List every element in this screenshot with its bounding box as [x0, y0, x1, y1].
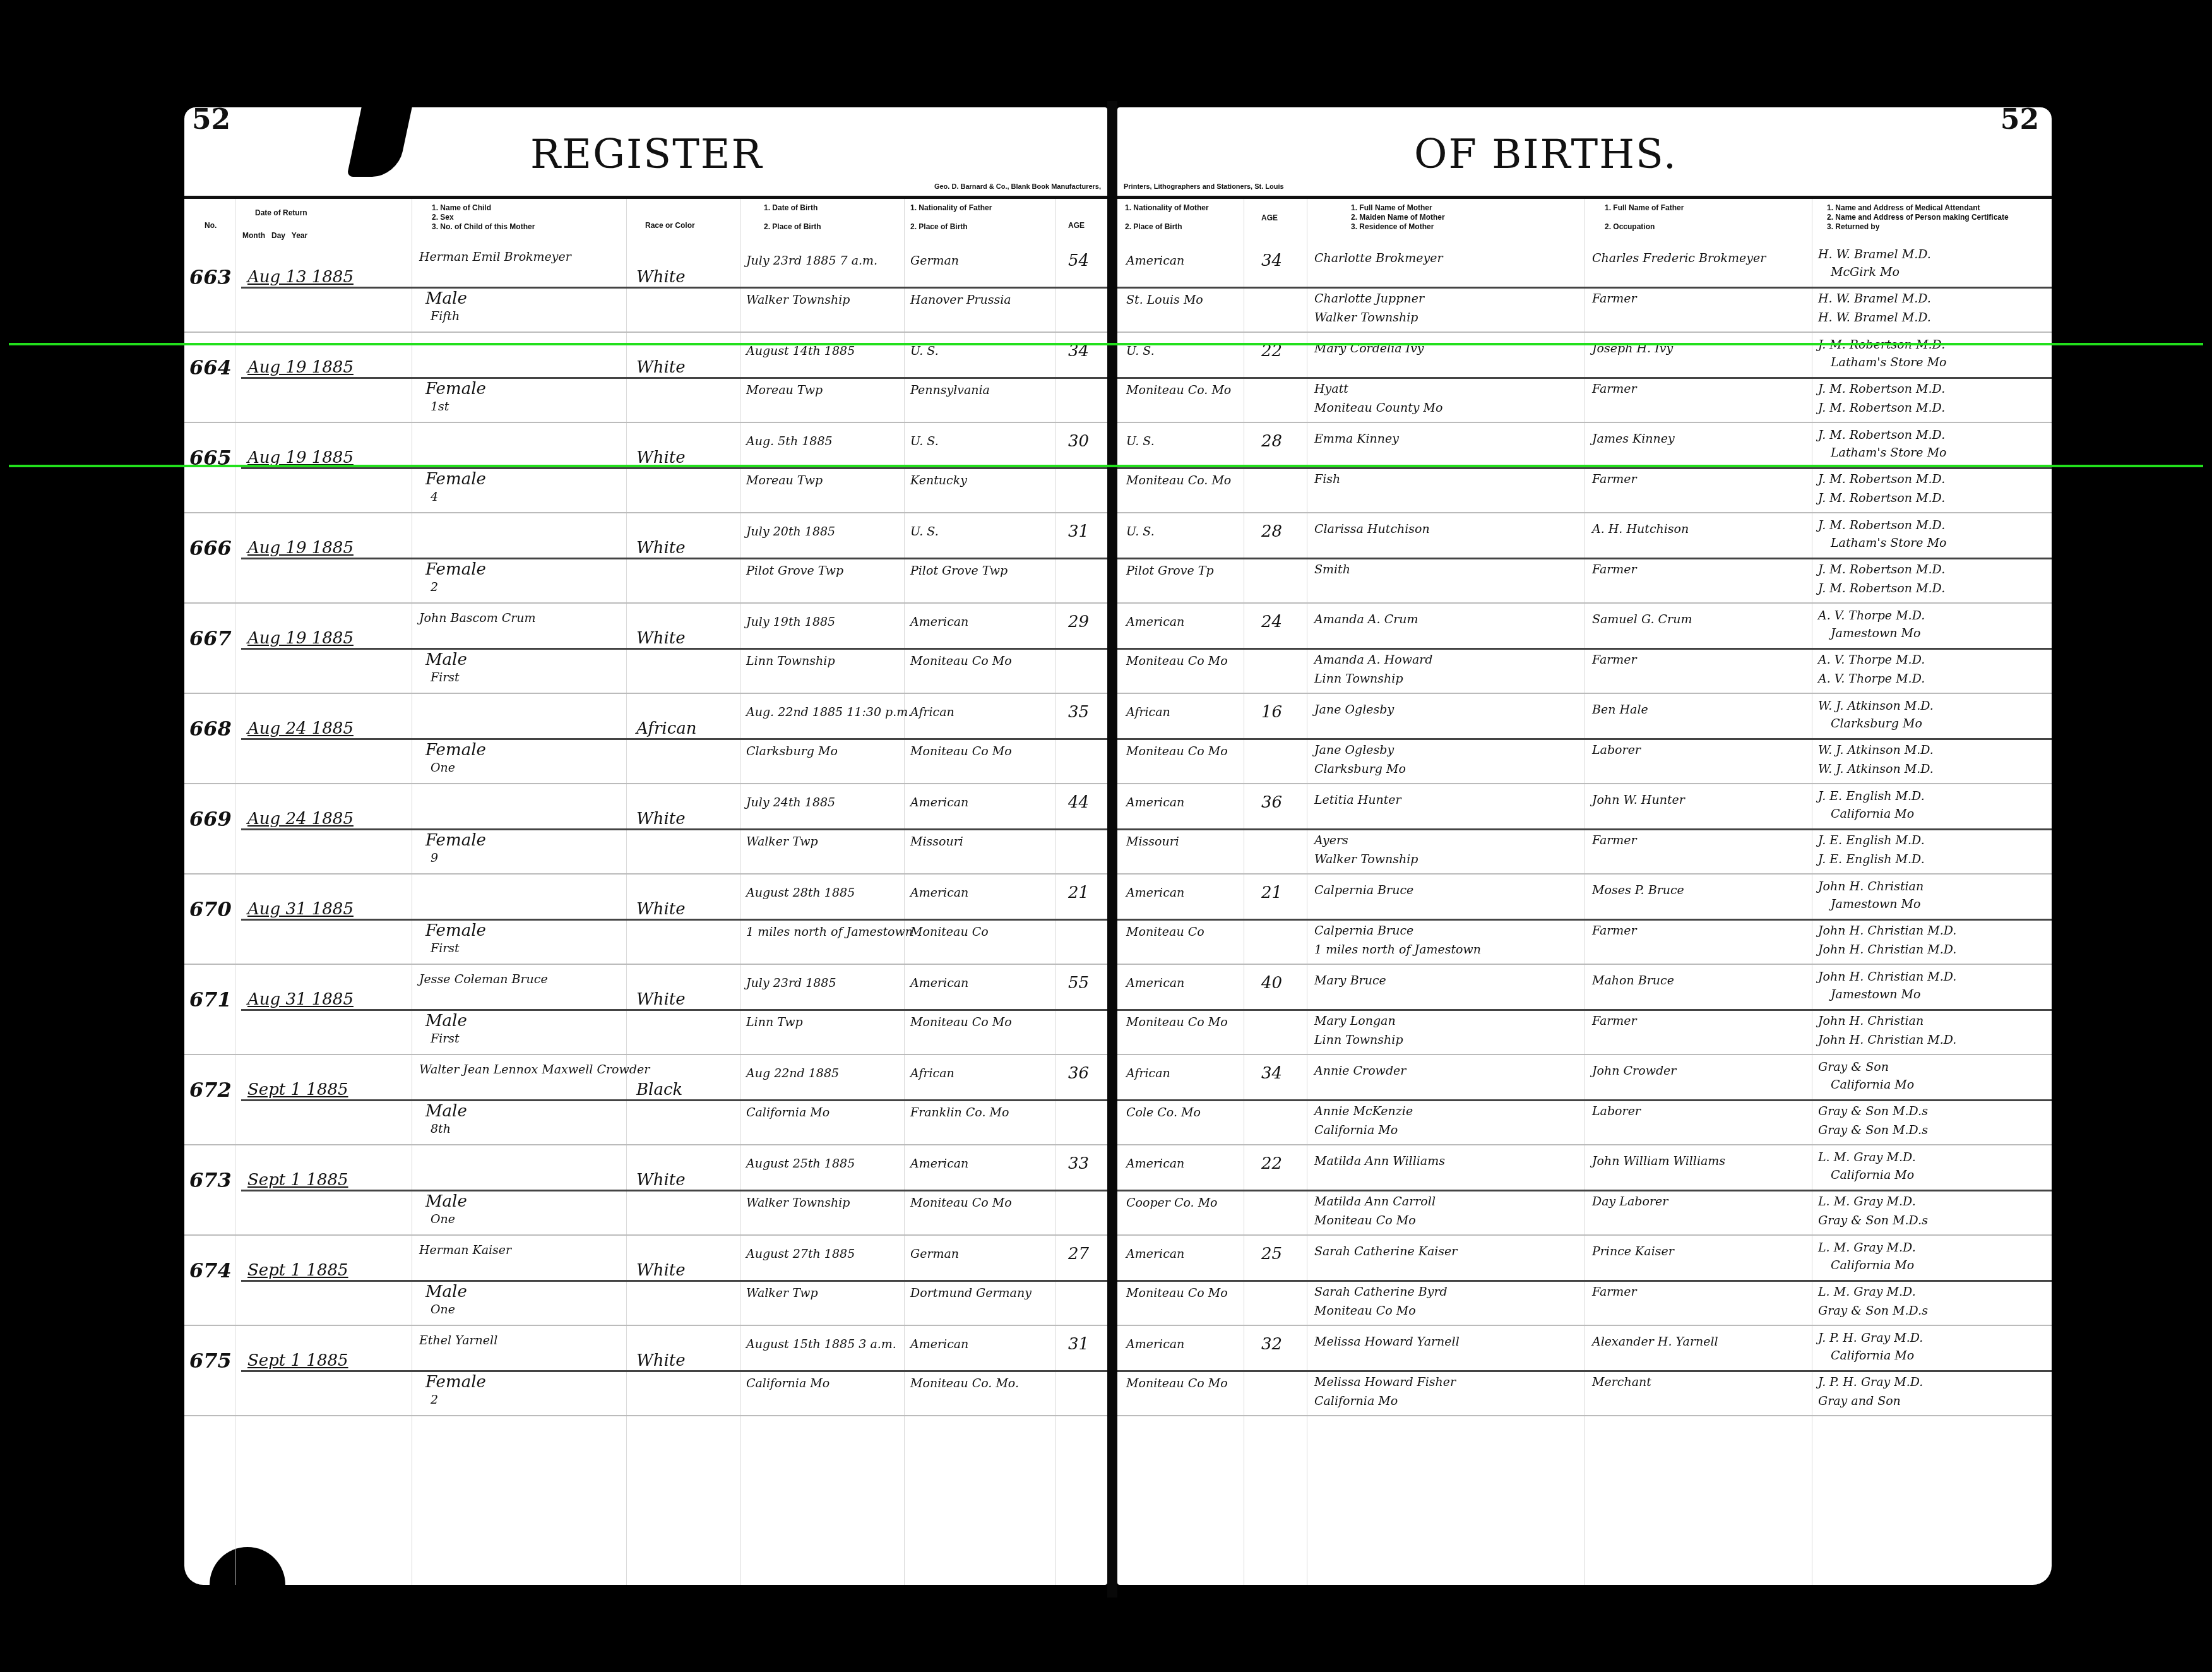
page-number-left: 52	[192, 104, 230, 136]
mother-residence: Linn Township	[1314, 672, 1403, 686]
mother-birthplace: Moniteau Co Mo	[1126, 1376, 1228, 1390]
certifier: John H. Christian	[1818, 1014, 1924, 1028]
row-divider	[241, 1280, 1107, 1282]
birth-place: Linn Twp	[746, 1015, 803, 1029]
returned-by: Gray & Son M.D.s	[1818, 1123, 1928, 1137]
mother-nationality: American	[1126, 886, 1184, 900]
row-divider	[241, 287, 1107, 289]
mother-residence: California Mo	[1314, 1123, 1398, 1137]
mother-name: Emma Kinney	[1314, 432, 1399, 446]
mother-residence: Moniteau County Mo	[1314, 401, 1442, 415]
father-occupation: Farmer	[1592, 833, 1637, 847]
returned-by: W. J. Atkinson M.D.	[1818, 762, 1934, 776]
child-order: 4	[431, 490, 438, 504]
birth-date: July 23rd 1885 7 a.m.	[746, 254, 877, 268]
row-divider	[241, 377, 1107, 379]
returned-by: J. M. Robertson M.D.	[1818, 401, 1945, 415]
mother-nationality: American	[1126, 976, 1184, 990]
col-mother-nationality: 1. Nationality of Mother 2. Place of Bir…	[1125, 203, 1209, 232]
row-divider	[1117, 648, 2052, 650]
table-row: AmericanMoniteau Co Mo25Sarah Catherine …	[1117, 1236, 2052, 1326]
return-date: Aug 24 1885	[247, 809, 354, 828]
table-row: 673Sept 1 1885MaleOneWhiteAugust 25th 18…	[184, 1145, 1107, 1236]
birth-place: California Mo	[746, 1106, 829, 1120]
father-nationality: American	[910, 1157, 968, 1171]
race: White	[636, 539, 686, 558]
father-occupation: Farmer	[1592, 1014, 1637, 1028]
father-occupation: Farmer	[1592, 382, 1637, 396]
mother-name: Clarissa Hutchison	[1314, 522, 1430, 536]
birth-date: August 25th 1885	[746, 1157, 855, 1171]
father-age: 36	[1068, 1064, 1089, 1083]
table-row: AmericanSt. Louis Mo34Charlotte Brokmeye…	[1117, 242, 2052, 333]
mother-age: 34	[1261, 251, 1282, 270]
attendant-address: Latham's Store Mo	[1831, 355, 1947, 369]
selection-guide-line-top	[9, 343, 2203, 345]
father-nationality: African	[910, 705, 954, 719]
father-birthplace: Moniteau Co Mo	[910, 654, 1012, 668]
mother-nationality: African	[1126, 1066, 1170, 1080]
mother-nationality: U. S.	[1126, 525, 1155, 539]
table-row: AmericanMoniteau Co Mo32Melissa Howard Y…	[1117, 1326, 2052, 1416]
header-rule	[184, 196, 1107, 199]
imprint-left: Geo. D. Barnard & Co., Blank Book Manufa…	[934, 183, 1101, 191]
father-birthplace: Dortmund Germany	[910, 1286, 1032, 1300]
certifier: J. E. English M.D.	[1818, 833, 1925, 847]
mother-birthplace: Moniteau Co. Mo	[1126, 383, 1231, 397]
mother-nationality: American	[1126, 254, 1184, 268]
col-race: Race or Color	[645, 221, 695, 230]
row-divider	[1117, 558, 2052, 559]
birth-place: Walker Township	[746, 1196, 850, 1210]
child-sex: Female	[425, 470, 486, 489]
entry-number: 671	[189, 988, 232, 1012]
attendant-address: Latham's Store Mo	[1831, 536, 1947, 550]
mother-maiden-name: Jane Oglesby	[1314, 743, 1394, 757]
mother-name: Letitia Hunter	[1314, 793, 1401, 807]
mother-age: 28	[1261, 432, 1282, 451]
child-sex: Male	[425, 1282, 467, 1301]
mother-name: Matilda Ann Williams	[1314, 1154, 1445, 1168]
father-name: Moses P. Bruce	[1592, 883, 1684, 897]
col-no: No.	[205, 221, 217, 230]
father-birthplace: Moniteau Co Mo	[910, 1196, 1012, 1210]
medical-attendant: H. W. Bramel M.D.	[1818, 248, 1931, 261]
col-mother-age: AGE	[1261, 213, 1278, 223]
child-order: 2	[431, 580, 438, 594]
attendant-address: California Mo	[1831, 807, 1914, 821]
mother-maiden-name: Mary Longan	[1314, 1014, 1396, 1028]
medical-attendant: A. V. Thorpe M.D.	[1818, 609, 1925, 623]
mother-residence: Moniteau Co Mo	[1314, 1304, 1416, 1318]
mother-birthplace: Missouri	[1126, 835, 1179, 849]
father-nationality: American	[910, 1337, 968, 1351]
entry-number: 673	[189, 1168, 232, 1192]
father-nationality: German	[910, 254, 959, 268]
child-sex: Male	[425, 1012, 467, 1030]
col-birth: 1. Date of Birth 2. Place of Birth	[764, 203, 821, 232]
father-birthplace: Pilot Grove Twp	[910, 564, 1008, 578]
col-mother: 1. Full Name of Mother 2. Maiden Name of…	[1351, 203, 1445, 232]
certifier: A. V. Thorpe M.D.	[1818, 653, 1925, 667]
row-divider	[241, 467, 1107, 469]
table-row: AmericanMoniteau Co Mo40Mary BruceMary L…	[1117, 965, 2052, 1055]
table-row: 666Aug 19 1885Female2WhiteJuly 20th 1885…	[184, 513, 1107, 604]
mother-age: 32	[1261, 1335, 1282, 1354]
father-birthplace: Franklin Co. Mo	[910, 1106, 1009, 1120]
mother-age: 16	[1261, 703, 1282, 722]
father-nationality: American	[910, 976, 968, 990]
row-divider	[241, 1099, 1107, 1101]
returned-by: J. M. Robertson M.D.	[1818, 582, 1945, 595]
entry-number: 664	[189, 355, 232, 379]
birth-place: Clarksburg Mo	[746, 744, 838, 758]
certifier: Gray & Son M.D.s	[1818, 1104, 1928, 1118]
birth-date: July 24th 1885	[746, 796, 835, 809]
child-order: One	[431, 1212, 455, 1226]
mother-birthplace: Moniteau Co Mo	[1126, 744, 1228, 758]
father-name: Ben Hale	[1592, 703, 1648, 717]
child-order: One	[431, 1303, 455, 1317]
row-divider	[241, 738, 1107, 740]
father-nationality: U. S.	[910, 525, 939, 539]
mother-birthplace: Moniteau Co	[1126, 925, 1204, 939]
father-nationality: American	[910, 615, 968, 629]
return-date: Aug 31 1885	[247, 990, 354, 1009]
col-age: AGE	[1068, 221, 1085, 230]
father-birthplace: Moniteau Co Mo	[910, 1015, 1012, 1029]
mother-nationality: African	[1126, 705, 1170, 719]
table-row: AmericanMissouri36Letitia HunterAyersWal…	[1117, 784, 2052, 875]
child-name: John Bascom Crum	[419, 611, 536, 625]
row-divider	[1117, 1280, 2052, 1282]
table-row: U. S.Moniteau Co. Mo22Mary Cordelia IvyH…	[1117, 333, 2052, 423]
birth-place: Moreau Twp	[746, 474, 823, 487]
row-divider	[1117, 377, 2052, 379]
mother-name: Amanda A. Crum	[1314, 612, 1418, 626]
mother-maiden-name: Charlotte Juppner	[1314, 292, 1424, 306]
child-order: 8th	[431, 1122, 451, 1136]
birth-place: Walker Twp	[746, 1286, 818, 1300]
entry-number: 675	[189, 1349, 232, 1373]
child-order: First	[431, 671, 460, 684]
row-divider	[241, 1190, 1107, 1191]
row-divider	[241, 828, 1107, 830]
table-row: 672Sept 1 1885Walter Jean Lennox Maxwell…	[184, 1055, 1107, 1145]
father-name: Samuel G. Crum	[1592, 612, 1692, 626]
mother-residence: 1 miles north of Jamestown	[1314, 943, 1481, 957]
medical-attendant: L. M. Gray M.D.	[1818, 1150, 1916, 1164]
child-order: Fifth	[431, 309, 460, 323]
birth-date: August 28th 1885	[746, 886, 855, 900]
mother-name: Calpernia Bruce	[1314, 883, 1413, 897]
mother-birthplace: Moniteau Co Mo	[1126, 1015, 1228, 1029]
child-name: Walter Jean Lennox Maxwell Crowder	[419, 1063, 650, 1077]
child-order: One	[431, 761, 455, 775]
race: White	[636, 268, 686, 287]
selection-guide-line-bottom	[9, 465, 2203, 467]
table-row: AmericanMoniteau Co21Calpernia BruceCalp…	[1117, 875, 2052, 965]
table-row: 669Aug 24 1885Female9WhiteJuly 24th 1885…	[184, 784, 1107, 875]
row-divider	[241, 648, 1107, 650]
father-name: A. H. Hutchison	[1592, 522, 1689, 536]
attendant-address: Jamestown Mo	[1831, 988, 1920, 1001]
child-order: First	[431, 941, 460, 955]
certifier: J. M. Robertson M.D.	[1818, 563, 1945, 576]
mother-maiden-name: Smith	[1314, 563, 1350, 576]
race: White	[636, 809, 686, 828]
certifier: L. M. Gray M.D.	[1818, 1195, 1916, 1209]
col-date-of-return: Date of Return	[255, 208, 307, 218]
torn-corner-bottom	[210, 1547, 285, 1591]
child-sex: Female	[425, 921, 486, 940]
father-name: Charles Frederic Brokmeyer	[1592, 251, 1766, 265]
medical-attendant: J. M. Robertson M.D.	[1818, 428, 1945, 442]
entry-number: 668	[189, 717, 232, 741]
table-row: 671Aug 31 1885Jesse Coleman BruceMaleFir…	[184, 965, 1107, 1055]
father-age: 33	[1068, 1154, 1089, 1173]
return-date: Sept 1 1885	[247, 1261, 348, 1280]
birth-date: Aug. 5th 1885	[746, 434, 833, 448]
table-row: 663Aug 13 1885Herman Emil BrokmeyerMaleF…	[184, 242, 1107, 333]
medical-attendant: J. P. H. Gray M.D.	[1818, 1331, 1923, 1345]
medical-attendant: L. M. Gray M.D.	[1818, 1241, 1916, 1255]
medical-attendant: Gray & Son	[1818, 1060, 1889, 1074]
medical-attendant: W. J. Atkinson M.D.	[1818, 699, 1934, 713]
father-name: Alexander H. Yarnell	[1592, 1335, 1718, 1349]
return-date: Sept 1 1885	[247, 1351, 348, 1370]
certifier: John H. Christian M.D.	[1818, 924, 1956, 938]
mother-birthplace: Moniteau Co Mo	[1126, 1286, 1228, 1300]
race: White	[636, 1171, 686, 1190]
mother-residence: Moniteau Co Mo	[1314, 1214, 1416, 1227]
birth-date: August 15th 1885 3 a.m.	[746, 1337, 896, 1351]
mother-residence: Clarksburg Mo	[1314, 762, 1406, 776]
mother-birthplace: Moniteau Co. Mo	[1126, 474, 1231, 487]
entry-number: 667	[189, 626, 232, 650]
mother-maiden-name: Annie McKenzie	[1314, 1104, 1413, 1118]
birth-place: Pilot Grove Twp	[746, 564, 843, 578]
father-age: 35	[1068, 703, 1089, 722]
child-order: 1st	[431, 400, 449, 414]
row-divider	[241, 919, 1107, 921]
returned-by: H. W. Bramel M.D.	[1818, 311, 1931, 325]
mother-age: 28	[1261, 522, 1282, 541]
row-divider	[184, 1415, 1107, 1416]
mother-birthplace: Pilot Grove Tp	[1126, 564, 1214, 578]
father-name: Prince Kaiser	[1592, 1245, 1674, 1258]
mother-age: 22	[1261, 1154, 1282, 1173]
table-row: 675Sept 1 1885Ethel YarnellFemale2WhiteA…	[184, 1326, 1107, 1416]
birth-place: Moreau Twp	[746, 383, 823, 397]
mother-nationality: U. S.	[1126, 344, 1155, 358]
father-name: James Kinney	[1592, 432, 1675, 446]
col-father-nationality: 1. Nationality of Father 2. Place of Bir…	[910, 203, 992, 232]
table-row: U. S.Moniteau Co. Mo28Emma KinneyFishJam…	[1117, 423, 2052, 513]
mother-birthplace: St. Louis Mo	[1126, 293, 1203, 307]
attendant-address: Jamestown Mo	[1831, 626, 1920, 640]
child-order: 2	[431, 1393, 438, 1407]
row-divider	[1117, 1190, 2052, 1191]
birth-date: July 23rd 1885	[746, 976, 836, 990]
father-birthplace: Hanover Prussia	[910, 293, 1011, 307]
mother-age: 34	[1261, 1064, 1282, 1083]
returned-by: J. E. English M.D.	[1818, 852, 1925, 866]
mother-age: 40	[1261, 974, 1282, 993]
mother-nationality: American	[1126, 796, 1184, 809]
child-sex: Male	[425, 650, 467, 669]
mother-age: 24	[1261, 612, 1282, 631]
birth-date: Aug 22nd 1885	[746, 1066, 839, 1080]
father-birthplace: Moniteau Co	[910, 925, 989, 939]
father-occupation: Laborer	[1592, 1104, 1641, 1118]
father-occupation: Farmer	[1592, 472, 1637, 486]
returned-by: John H. Christian M.D.	[1818, 943, 1956, 957]
table-row: 667Aug 19 1885John Bascom CrumMaleFirstW…	[184, 604, 1107, 694]
attendant-address: Clarksburg Mo	[1831, 717, 1922, 731]
birth-place: Linn Township	[746, 654, 835, 668]
race: White	[636, 1351, 686, 1370]
mother-residence: Walker Township	[1314, 311, 1418, 325]
mother-age: 36	[1261, 793, 1282, 812]
child-name: Herman Emil Brokmeyer	[419, 250, 571, 264]
mother-residence: California Mo	[1314, 1394, 1398, 1408]
race: White	[636, 358, 686, 377]
row-divider	[1117, 1099, 2052, 1101]
mother-maiden-name: Fish	[1314, 472, 1340, 486]
return-date: Aug 13 1885	[247, 268, 354, 287]
mother-maiden-name: Amanda A. Howard	[1314, 653, 1432, 667]
table-row: 670Aug 31 1885FemaleFirstWhiteAugust 28t…	[184, 875, 1107, 965]
page-number-right: 52	[2001, 104, 2039, 136]
birth-date: July 19th 1885	[746, 615, 835, 629]
father-name: John W. Hunter	[1592, 793, 1685, 807]
left-page: 52 REGISTER Geo. D. Barnard & Co., Blank…	[184, 107, 1107, 1585]
return-date: Aug 19 1885	[247, 358, 354, 377]
row-divider	[1117, 1370, 2052, 1372]
child-order: First	[431, 1032, 460, 1046]
mother-birthplace: Cooper Co. Mo	[1126, 1196, 1218, 1210]
return-date: Aug 19 1885	[247, 539, 354, 558]
father-occupation: Farmer	[1592, 924, 1637, 938]
book-gutter	[1107, 101, 1117, 1597]
entry-number: 672	[189, 1078, 232, 1102]
child-sex: Female	[425, 741, 486, 760]
entry-number: 670	[189, 897, 232, 921]
mother-nationality: American	[1126, 1247, 1184, 1261]
medical-attendant: J. M. Robertson M.D.	[1818, 518, 1945, 532]
mother-maiden-name: Melissa Howard Fisher	[1314, 1375, 1456, 1389]
certifier: J. P. H. Gray M.D.	[1818, 1375, 1923, 1389]
father-birthplace: Missouri	[910, 835, 963, 849]
father-name: Mahon Bruce	[1592, 974, 1674, 988]
col-child: 1. Name of Child 2. Sex 3. No. of Child …	[432, 203, 535, 232]
right-page: 52 OF BIRTHS. Printers, Lithographers an…	[1117, 107, 2052, 1585]
medical-attendant: J. E. English M.D.	[1818, 789, 1925, 803]
mother-maiden-name: Ayers	[1314, 833, 1348, 847]
row-divider	[1117, 1415, 2052, 1416]
mother-nationality: American	[1126, 1337, 1184, 1351]
father-nationality: U. S.	[910, 434, 939, 448]
father-occupation: Merchant	[1592, 1375, 1651, 1389]
mother-name: Sarah Catherine Kaiser	[1314, 1245, 1457, 1258]
attendant-address: California Mo	[1831, 1168, 1914, 1182]
child-sex: Female	[425, 831, 486, 850]
entry-number: 666	[189, 536, 232, 560]
child-name: Herman Kaiser	[419, 1243, 511, 1257]
father-age: 29	[1068, 612, 1089, 631]
birth-date: Aug. 22nd 1885 11:30 p.m.	[746, 705, 912, 719]
birth-date: August 27th 1885	[746, 1247, 855, 1261]
mother-nationality: U. S.	[1126, 434, 1155, 448]
attendant-address: McGirk Mo	[1831, 265, 1900, 279]
father-birthplace: Pennsylvania	[910, 383, 990, 397]
mother-age: 21	[1261, 883, 1282, 902]
birth-date: August 14th 1885	[746, 344, 855, 358]
child-sex: Female	[425, 1373, 486, 1392]
mother-maiden-name: Matilda Ann Carroll	[1314, 1195, 1436, 1209]
child-sex: Male	[425, 1102, 467, 1121]
col-attendant: 1. Name and Address of Medical Attendant…	[1827, 203, 2009, 232]
return-date: Sept 1 1885	[247, 1171, 348, 1190]
father-age: 30	[1068, 432, 1089, 451]
father-occupation: Farmer	[1592, 563, 1637, 576]
table-row: 674Sept 1 1885Herman KaiserMaleOneWhiteA…	[184, 1236, 1107, 1326]
father-age: 44	[1068, 793, 1089, 812]
row-divider	[1117, 287, 2052, 289]
mother-name: Mary Bruce	[1314, 974, 1386, 988]
race: White	[636, 900, 686, 919]
father-nationality: German	[910, 1247, 959, 1261]
father-name: John Crowder	[1592, 1064, 1676, 1078]
race: African	[636, 719, 697, 738]
medical-attendant: John H. Christian M.D.	[1818, 970, 1956, 984]
mother-nationality: American	[1126, 615, 1184, 629]
table-row: AfricanCole Co. Mo34Annie CrowderAnnie M…	[1117, 1055, 2052, 1145]
row-divider	[241, 1370, 1107, 1372]
table-row: AmericanMoniteau Co Mo24Amanda A. CrumAm…	[1117, 604, 2052, 694]
table-row: 664Aug 19 1885Female1stWhiteAugust 14th …	[184, 333, 1107, 423]
returned-by: A. V. Thorpe M.D.	[1818, 672, 1925, 686]
mother-name: Melissa Howard Yarnell	[1314, 1335, 1460, 1349]
row-divider	[241, 1009, 1107, 1011]
returned-by: J. M. Robertson M.D.	[1818, 491, 1945, 505]
father-age: 31	[1068, 1335, 1089, 1354]
mother-nationality: American	[1126, 1157, 1184, 1171]
birth-place: Walker Township	[746, 293, 850, 307]
father-age: 54	[1068, 251, 1089, 270]
race: White	[636, 1261, 686, 1280]
row-divider	[1117, 828, 2052, 830]
father-occupation: Laborer	[1592, 743, 1641, 757]
father-birthplace: Kentucky	[910, 474, 967, 487]
row-divider	[1117, 1009, 2052, 1011]
returned-by: Gray & Son M.D.s	[1818, 1304, 1928, 1318]
father-birthplace: Moniteau Co. Mo.	[910, 1376, 1019, 1390]
entry-number: 669	[189, 807, 232, 831]
col-date-sub: Month Day Year	[242, 231, 307, 241]
row-divider	[1117, 738, 2052, 740]
mother-maiden-name: Sarah Catherine Byrd	[1314, 1285, 1448, 1299]
child-sex: Female	[425, 379, 486, 398]
mother-birthplace: Cole Co. Mo	[1126, 1106, 1201, 1120]
father-nationality: American	[910, 796, 968, 809]
table-row: U. S.Pilot Grove Tp28Clarissa HutchisonS…	[1117, 513, 2052, 604]
certifier: L. M. Gray M.D.	[1818, 1285, 1916, 1299]
return-date: Aug 24 1885	[247, 719, 354, 738]
father-nationality: U. S.	[910, 344, 939, 358]
row-divider	[241, 558, 1107, 559]
